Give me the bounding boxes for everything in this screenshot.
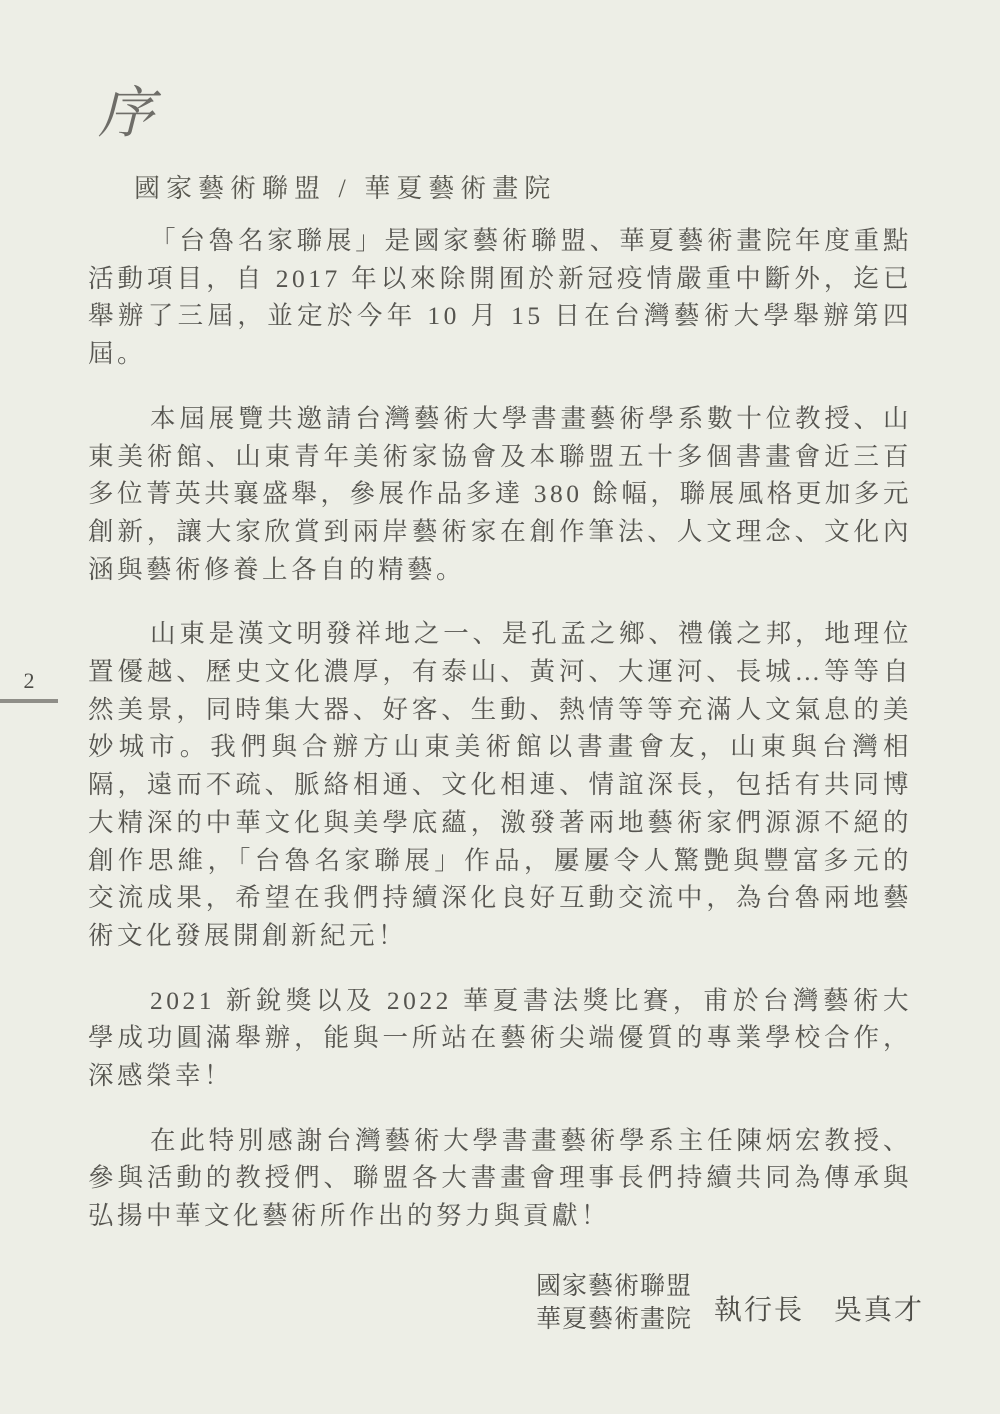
signature-block: 國家藝術聯盟 華夏藝術畫院 執行長吳真才 [536, 1270, 924, 1336]
folio-rule [0, 699, 58, 703]
signature-name: 吳真才 [834, 1295, 924, 1326]
paragraph-3: 山東是漢文明發祥地之一、是孔孟之鄉、禮儀之邦，地理位置優越、歷史文化濃厚，有泰山… [88, 615, 912, 954]
signature-org-line1: 國家藝術聯盟 [536, 1270, 692, 1303]
signature-organizations: 國家藝術聯盟 華夏藝術畫院 [536, 1270, 692, 1336]
paragraph-2: 本屆展覽共邀請台灣藝術大學書畫藝術學系數十位教授、山東美術館、山東青年美術家協會… [88, 400, 912, 589]
organization-subtitle: 國家藝術聯盟 / 華夏藝術畫院 [134, 168, 556, 205]
paragraph-1: 「台魯名家聯展」是國家藝術聯盟、華夏藝術畫院年度重點活動項目，自 2017 年以… [88, 222, 912, 373]
page-number: 2 [0, 668, 58, 694]
preface-body: 「台魯名家聯展」是國家藝術聯盟、華夏藝術畫院年度重點活動項目，自 2017 年以… [88, 222, 912, 1262]
folio: 2 [0, 668, 58, 703]
paragraph-4: 2021 新銳獎以及 2022 華夏書法獎比賽，甫於台灣藝術大學成功圓滿舉辦，能… [88, 982, 912, 1095]
paragraph-5: 在此特別感謝台灣藝術大學書畫藝術學系主任陳炳宏教授、參與活動的教授們、聯盟各大書… [88, 1122, 912, 1235]
signature-role-name: 執行長吳真才 [714, 1288, 924, 1328]
signature-role: 執行長 [714, 1295, 804, 1326]
signature-org-line2: 華夏藝術畫院 [536, 1303, 692, 1336]
page-title: 序 [98, 84, 154, 144]
preface-page: 序 國家藝術聯盟 / 華夏藝術畫院 2 「台魯名家聯展」是國家藝術聯盟、華夏藝術… [0, 0, 1000, 1414]
